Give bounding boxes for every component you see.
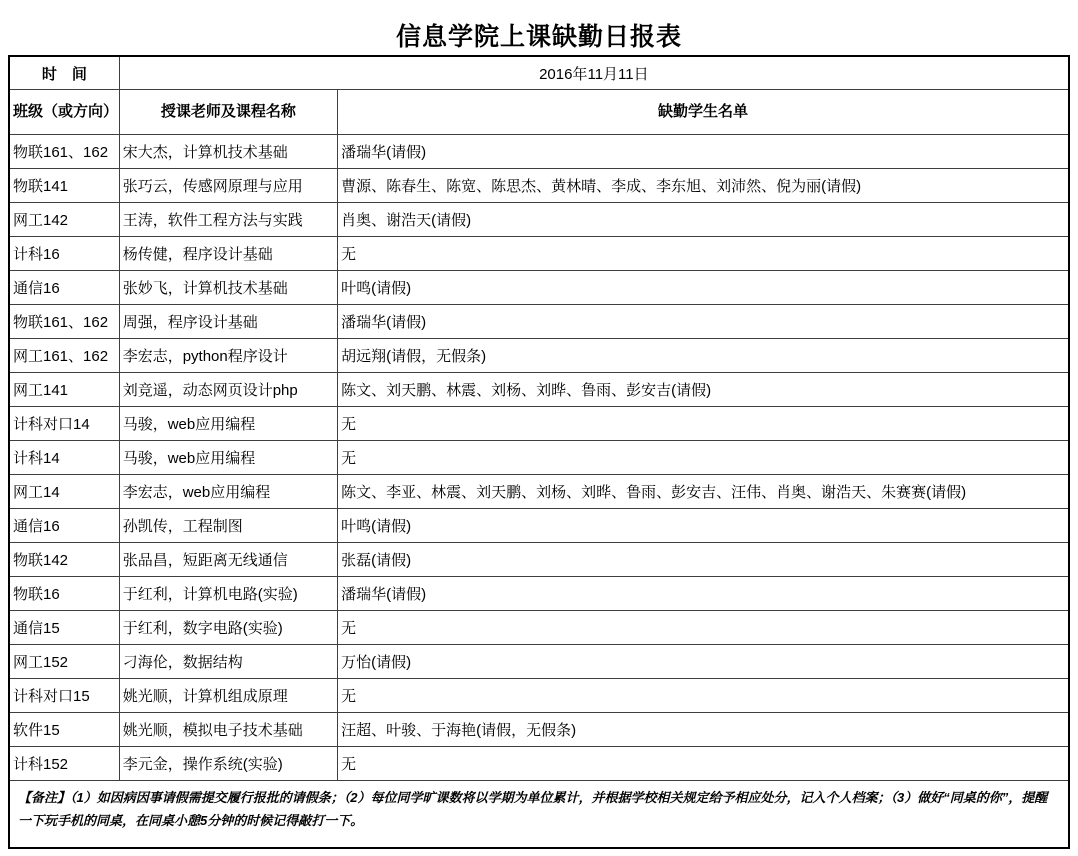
page-title: 信息学院上课缺勤日报表 [0, 17, 1078, 53]
table-row: 计科14马骏，web应用编程无 [9, 441, 1069, 475]
table-row: 通信16张妙飞，计算机技术基础叶鸣(请假) [9, 271, 1069, 305]
class-cell: 通信15 [9, 611, 119, 645]
course-cell: 刁海伦，数据结构 [119, 645, 337, 679]
absent-cell: 无 [338, 611, 1069, 645]
absent-cell: 陈文、李亚、林震、刘天鹏、刘杨、刘晔、鲁雨、彭安吉、汪伟、肖奥、谢浩天、朱赛赛(… [338, 475, 1069, 509]
absent-cell: 胡远翔(请假，无假条) [338, 339, 1069, 373]
table-row: 计科对口14马骏，web应用编程无 [9, 407, 1069, 441]
class-cell: 计科对口15 [9, 679, 119, 713]
absent-cell: 叶鸣(请假) [338, 271, 1069, 305]
absent-cell: 肖奥、谢浩天(请假) [338, 203, 1069, 237]
class-cell: 网工141 [9, 373, 119, 407]
table-row: 网工142王涛，软件工程方法与实践肖奥、谢浩天(请假) [9, 203, 1069, 237]
course-cell: 于红利，数字电路(实验) [119, 611, 337, 645]
table-row: 计科16杨传健，程序设计基础无 [9, 237, 1069, 271]
course-cell: 李宏志，python程序设计 [119, 339, 337, 373]
table-row: 物联161、162周强，程序设计基础潘瑞华(请假) [9, 305, 1069, 339]
header-teacher-cell: 授课老师及课程名称 [119, 90, 337, 135]
class-cell: 软件15 [9, 713, 119, 747]
course-cell: 张品昌，短距离无线通信 [119, 543, 337, 577]
header-row: 班级（或方向） 授课老师及课程名称 缺勤学生名单 [9, 90, 1069, 135]
notes-cell: 【备注】（1）如因病因事请假需提交履行报批的请假条；（2）每位同学旷课数将以学期… [9, 781, 1069, 849]
course-cell: 姚光顺，计算机组成原理 [119, 679, 337, 713]
absent-cell: 无 [338, 747, 1069, 781]
table-row: 计科152李元金，操作系统(实验)无 [9, 747, 1069, 781]
absent-cell: 潘瑞华(请假) [338, 305, 1069, 339]
absent-cell: 陈文、刘天鹏、林震、刘杨、刘晔、鲁雨、彭安吉(请假) [338, 373, 1069, 407]
header-absent-cell: 缺勤学生名单 [338, 90, 1069, 135]
absent-cell: 张磊(请假) [338, 543, 1069, 577]
table-row: 物联141张巧云，传感网原理与应用曹源、陈春生、陈宽、陈思杰、黄林晴、李成、李东… [9, 169, 1069, 203]
course-cell: 宋大杰，计算机技术基础 [119, 135, 337, 169]
class-cell: 通信16 [9, 271, 119, 305]
attendance-table: 时 间 2016年11月11日 班级（或方向） 授课老师及课程名称 缺勤学生名单… [8, 55, 1070, 849]
course-cell: 王涛，软件工程方法与实践 [119, 203, 337, 237]
table-row: 物联142张品昌，短距离无线通信张磊(请假) [9, 543, 1069, 577]
class-cell: 通信16 [9, 509, 119, 543]
course-cell: 李元金，操作系统(实验) [119, 747, 337, 781]
course-cell: 周强，程序设计基础 [119, 305, 337, 339]
table-row: 网工141刘竞遥，动态网页设计php陈文、刘天鹏、林震、刘杨、刘晔、鲁雨、彭安吉… [9, 373, 1069, 407]
time-row: 时 间 2016年11月11日 [9, 56, 1069, 90]
class-cell: 物联141 [9, 169, 119, 203]
absent-cell: 潘瑞华(请假) [338, 135, 1069, 169]
course-cell: 张巧云，传感网原理与应用 [119, 169, 337, 203]
absent-cell: 无 [338, 679, 1069, 713]
absent-cell: 潘瑞华(请假) [338, 577, 1069, 611]
table-row: 软件15姚光顺，模拟电子技术基础汪超、叶骏、于海艳(请假，无假条) [9, 713, 1069, 747]
class-cell: 网工152 [9, 645, 119, 679]
class-cell: 网工142 [9, 203, 119, 237]
absent-cell: 万怡(请假) [338, 645, 1069, 679]
table-row: 通信16孙凯传，工程制图叶鸣(请假) [9, 509, 1069, 543]
course-cell: 杨传健，程序设计基础 [119, 237, 337, 271]
course-cell: 马骏，web应用编程 [119, 441, 337, 475]
table-row: 通信15于红利，数字电路(实验)无 [9, 611, 1069, 645]
course-cell: 马骏，web应用编程 [119, 407, 337, 441]
course-cell: 于红利，计算机电路(实验) [119, 577, 337, 611]
absent-cell: 无 [338, 237, 1069, 271]
absent-cell: 无 [338, 407, 1069, 441]
class-cell: 物联16 [9, 577, 119, 611]
class-cell: 计科对口14 [9, 407, 119, 441]
course-cell: 张妙飞，计算机技术基础 [119, 271, 337, 305]
class-cell: 物联161、162 [9, 305, 119, 339]
absent-cell: 汪超、叶骏、于海艳(请假，无假条) [338, 713, 1069, 747]
table-row: 物联16于红利，计算机电路(实验)潘瑞华(请假) [9, 577, 1069, 611]
class-cell: 计科16 [9, 237, 119, 271]
class-cell: 物联142 [9, 543, 119, 577]
time-value-cell: 2016年11月11日 [119, 56, 1069, 90]
class-cell: 计科152 [9, 747, 119, 781]
course-cell: 李宏志，web应用编程 [119, 475, 337, 509]
absent-cell: 叶鸣(请假) [338, 509, 1069, 543]
table-row: 网工161、162李宏志，python程序设计胡远翔(请假，无假条) [9, 339, 1069, 373]
table-row: 物联161、162宋大杰，计算机技术基础潘瑞华(请假) [9, 135, 1069, 169]
absent-cell: 曹源、陈春生、陈宽、陈思杰、黄林晴、李成、李东旭、刘沛然、倪为丽(请假) [338, 169, 1069, 203]
class-cell: 网工161、162 [9, 339, 119, 373]
time-label-cell: 时 间 [9, 56, 119, 90]
class-cell: 网工14 [9, 475, 119, 509]
table-row: 网工14李宏志，web应用编程陈文、李亚、林震、刘天鹏、刘杨、刘晔、鲁雨、彭安吉… [9, 475, 1069, 509]
table-row: 计科对口15姚光顺，计算机组成原理无 [9, 679, 1069, 713]
absent-cell: 无 [338, 441, 1069, 475]
class-cell: 物联161、162 [9, 135, 119, 169]
table-row: 网工152刁海伦，数据结构万怡(请假) [9, 645, 1069, 679]
header-class-cell: 班级（或方向） [9, 90, 119, 135]
course-cell: 姚光顺，模拟电子技术基础 [119, 713, 337, 747]
class-cell: 计科14 [9, 441, 119, 475]
report-page: 信息学院上课缺勤日报表 时 间 2016年11月11日 班级（或方向） 授课老师… [0, 0, 1078, 856]
course-cell: 刘竞遥，动态网页设计php [119, 373, 337, 407]
course-cell: 孙凯传，工程制图 [119, 509, 337, 543]
notes-row: 【备注】（1）如因病因事请假需提交履行报批的请假条；（2）每位同学旷课数将以学期… [9, 781, 1069, 849]
